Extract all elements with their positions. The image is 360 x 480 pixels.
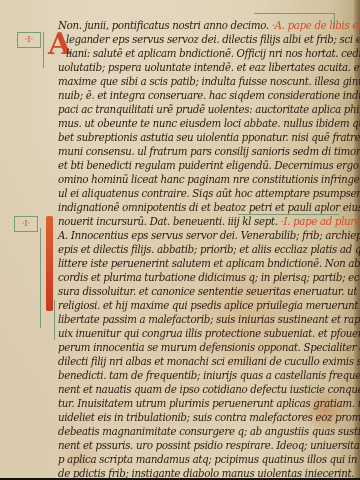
text-line: indignationē omnipotentis di et beatoz p… [58,201,360,215]
text-line: omino hominū liceat hanc paginam nre con… [58,173,360,187]
green-flourish [54,300,55,340]
rubric-frame [238,214,339,215]
text-line: religiosi. et hij maxime qui psedis apli… [58,299,360,313]
text-line: benedicti. tam de frequentib; iniurijs q… [58,369,360,383]
text-line: sura dissoluitur. et canonice sententie … [58,285,360,299]
text-span: epis et dilectis filijs. abbatib; priori… [58,243,360,256]
heading-text: Non. junii, pontificatus nostri anno dec… [58,19,269,32]
manuscript-page: ·I· A Non. junii, pontificatus nostri an… [0,0,360,478]
text-line: mus. ut obeunte te nunc eiusdem loci abb… [58,117,360,131]
text-line: uix inuenitur qui congrua illis protecti… [58,327,360,341]
text-line: libertate passim a malefactorib; suis in… [58,313,360,327]
rubric-title: ·I. pape ad plures ut sibi [281,215,360,228]
text-line: uolutatib; pspera uoluntate intendē. et … [58,61,360,75]
text-line: et bti benedicti regulam puiderint elige… [58,159,360,173]
text-line: littere iste peruenerint salutem et apli… [58,257,360,271]
margin-mark-1: ·I· [17,32,41,48]
text-line: ul ei aliquatenus contraire. Siqs aūt ho… [58,187,360,201]
text-line: cordis et plurima turbatione didicimus q… [58,271,360,285]
text-line: bet subreptionis astutia seu uiolentia p… [58,131,360,145]
text-line: p aplica scripta mandamus atq; pcipimus … [58,453,360,467]
text-line: dilecti filij nri albas et monachi sci e… [58,355,360,369]
text-line: legander eps servus servoz dei. dilectis… [66,33,360,47]
text-line: maxime que sibi a scis patib; indulta fu… [58,75,360,89]
text-line: nuib; ē. et integra conseruare. hac siqd… [58,89,360,103]
heading-line: A. Innocentius eps servus servor dei. Ve… [58,229,360,243]
text-line: perum innocentia se murum defensionis op… [58,341,360,355]
text-line: nent et pssuris. uro possint psidio resp… [58,439,360,453]
frame-line [43,32,44,68]
margin-mark-2: ·I· [14,216,38,232]
date-line: nouerit incursurū. Dat. beneuenti. iiij … [58,215,278,228]
heading-line: Non. junii, pontificatus nostri anno dec… [58,19,360,33]
green-flourish [40,228,41,328]
text-line: muni consensu. ul fratrum pars consilij … [58,145,360,159]
rubric-title: ·A. pape de libis electione. [272,19,360,32]
decorated-initial-I [46,216,53,311]
text-line: nent et nauatis quam de ipso cotidiano d… [58,383,360,397]
text-line: debeatis magnanimitate consurgere q; ab … [58,425,360,439]
text-line: liani: salutē et aplicam bndictionē. Off… [66,47,360,61]
text-line: paci ac tranquilitati urē prudē uolentes… [58,103,360,117]
heading-text: A. Innocentius eps servus servor dei. Ve… [58,229,360,242]
text-line: nouerit incursurū. Dat. beneuenti. iiij … [58,215,360,229]
text-line: uideliet eis in tribulationib; suis cont… [58,411,360,425]
text-line: tur. Inuisitatem utrum plurimis peruener… [58,397,360,411]
text-line: epis et dilectis filijs. abbatib; priori… [58,243,360,257]
